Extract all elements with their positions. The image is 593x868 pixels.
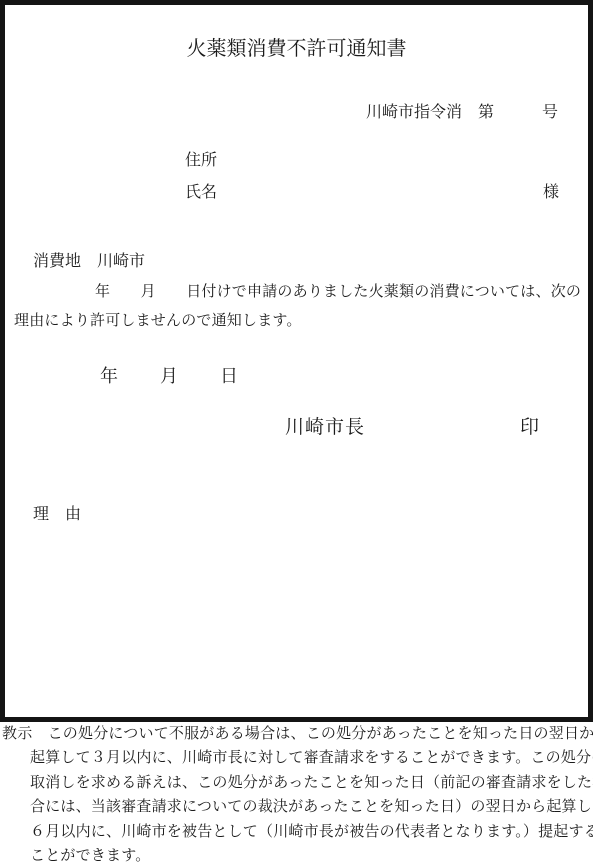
honorific-label: 様 <box>543 184 559 202</box>
reference-number: 川崎市指令消 第 号 <box>366 104 558 122</box>
appeal-notice-line: 教示 この処分について不服がある場合は、この処分があったことを知った日の翌日から <box>0 722 593 746</box>
issuer-name: 川崎市長 <box>285 417 365 439</box>
consumption-site-value: 川崎市 <box>97 253 145 270</box>
appeal-notice-line: 合には、当該審査請求についての裁決があったことを知った日）の翌日から起算して <box>0 795 593 819</box>
body-text-line1: 年 月 日付けで申請のありました火薬類の消費については、次の <box>95 284 581 301</box>
address-label: 住所 <box>185 152 217 170</box>
appeal-notice-line: ことができます。 <box>0 844 593 868</box>
consumption-site-line: 消費地川崎市 <box>33 253 145 271</box>
document-page: 火薬類消費不許可通知書 川崎市指令消 第 号 住所 氏名 様 消費地川崎市 年 … <box>0 0 593 868</box>
appeal-notice-block: 教示 この処分について不服がある場合は、この処分があったことを知った日の翌日から… <box>0 722 593 868</box>
appeal-notice-line: 起算して３月以内に、川崎市長に対して審査請求をすることができます。この処分の <box>0 746 593 770</box>
document-title: 火薬類消費不許可通知書 <box>5 38 588 61</box>
reason-label: 理 由 <box>33 506 81 524</box>
issue-date-line: 年 月 日 <box>100 366 240 387</box>
consumption-site-label: 消費地 <box>33 253 81 270</box>
document-border-box: 火薬類消費不許可通知書 川崎市指令消 第 号 住所 氏名 様 消費地川崎市 年 … <box>0 0 593 722</box>
name-label: 氏名 <box>185 184 217 202</box>
appeal-notice-line: ６月以内に、川崎市を被告として（川崎市長が被告の代表者となります。）提起する <box>0 820 593 844</box>
body-text-line2: 理由により許可しませんので通知します。 <box>14 313 302 330</box>
appeal-notice-line: 取消しを求める訴えは、この処分があったことを知った日（前記の審査請求をした場 <box>0 771 593 795</box>
seal-mark: 印 <box>520 417 539 439</box>
